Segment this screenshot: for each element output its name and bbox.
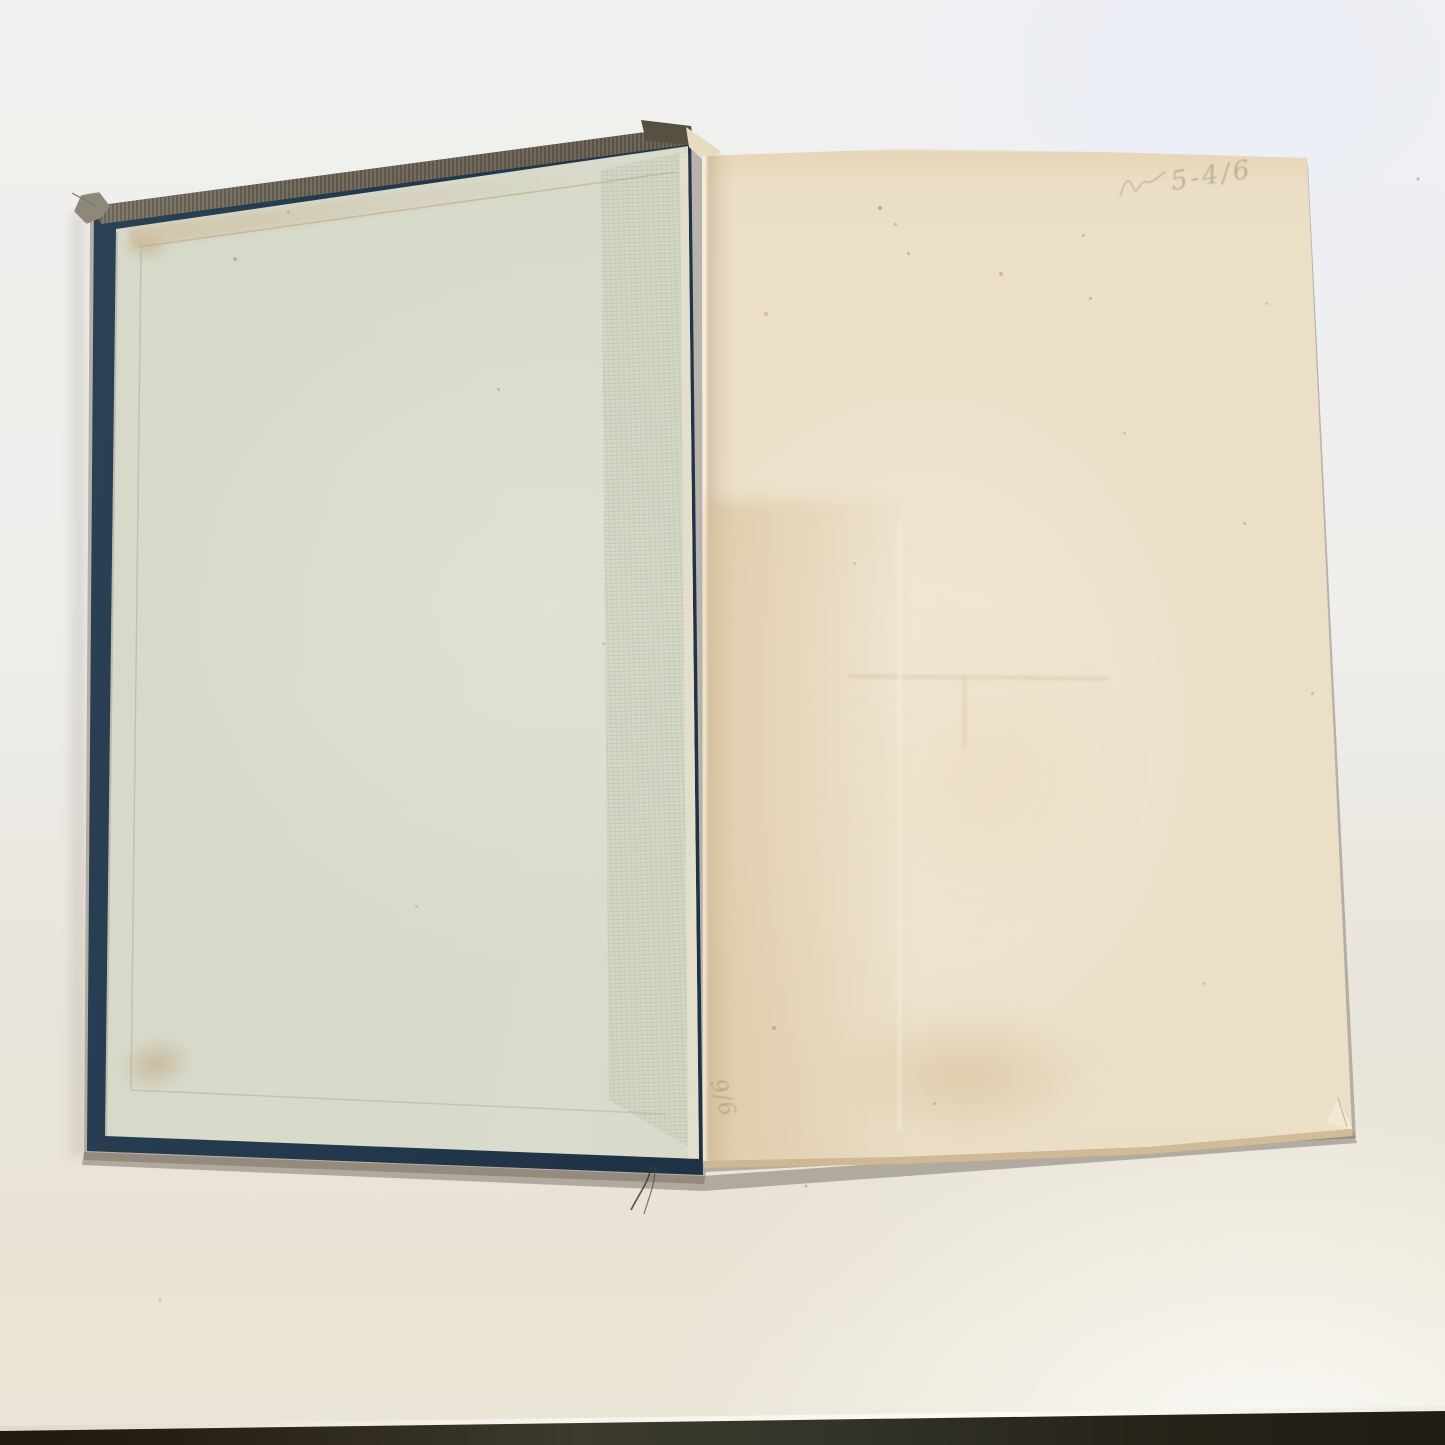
pencil-price-mark-gutter: 9/6 xyxy=(704,1076,749,1150)
pencil-scribble xyxy=(1115,163,1172,205)
foxing-spot xyxy=(415,905,418,908)
endpaper-ribbed-band xyxy=(0,0,1445,1445)
endpaper-hinge-fold xyxy=(0,0,1445,1445)
dogear-crease-line xyxy=(1338,1098,1347,1127)
foxing-spot xyxy=(772,1026,776,1030)
page-faint-crease-horizontal xyxy=(848,675,1108,680)
page-bottom-stain xyxy=(800,990,1130,1160)
page-gutter-shadow xyxy=(703,150,733,1165)
dust-speck xyxy=(159,1299,162,1302)
floor-dark-band xyxy=(0,0,1445,1445)
foxing-spot xyxy=(764,312,768,316)
foxing-spot xyxy=(1265,302,1268,305)
table-edge-highlight xyxy=(0,0,1445,1445)
foxing-spot xyxy=(1089,297,1092,300)
page-corner-crease xyxy=(0,0,1445,1445)
gutter-fold-wedge xyxy=(0,0,1445,1445)
foxing-spot xyxy=(1311,692,1314,695)
foxing-spot xyxy=(933,1102,936,1105)
loose-thread xyxy=(631,1166,651,1210)
pencil-inscription-topright: 5-4/6 xyxy=(1115,138,1332,230)
page-mottled-stain xyxy=(760,560,1190,980)
page-gutter-highlight xyxy=(700,150,707,1163)
endpaper-crease-lines xyxy=(0,0,1445,1445)
foxing-spot xyxy=(497,388,500,391)
book-soft-shadow xyxy=(0,0,1445,1445)
foxing-spot xyxy=(1082,234,1085,237)
foxing-spot xyxy=(894,223,897,226)
foxing-spot xyxy=(287,211,290,214)
foxing-spot xyxy=(999,272,1003,276)
right-blank-page: 5-4/6 9/6 xyxy=(0,0,1445,1445)
loose-thread-2 xyxy=(644,1167,655,1214)
left-cover-board-navy xyxy=(0,0,1445,1445)
text-block-edge xyxy=(0,0,1445,1445)
pastedown-endpaper xyxy=(0,0,1445,1445)
cover-top-edge-cloth xyxy=(0,0,1445,1445)
dust-speck xyxy=(1417,178,1420,181)
dust-speck xyxy=(805,1185,808,1188)
book-contact-shadow xyxy=(0,0,1445,1445)
foxing-spot xyxy=(878,206,882,210)
pencil-price-text: 9/6 xyxy=(704,1076,740,1120)
pencil-inscription-text: 5-4/6 xyxy=(1169,154,1255,196)
page-faint-crease-vertical xyxy=(963,678,966,748)
page-top-tone-band xyxy=(700,150,1360,189)
spine-head-cloth xyxy=(0,0,1445,1445)
foxing-spot xyxy=(1123,432,1126,435)
foxing-spot xyxy=(1243,522,1246,525)
foxing-spot xyxy=(907,252,910,255)
foxing-spot xyxy=(602,642,605,645)
book-flatlay-photograph: 5-4/6 9/6 xyxy=(0,0,1445,1445)
cover-left-shadow xyxy=(66,212,84,1157)
page-sheen-line xyxy=(898,520,901,1130)
foxing-spot xyxy=(853,562,856,565)
endpaper-small-stain xyxy=(116,230,178,266)
foxing-spot xyxy=(1203,982,1206,985)
endpaper-top-stain xyxy=(128,155,671,248)
foxing-spot xyxy=(233,257,237,261)
endpaper-corner-stain xyxy=(98,1019,214,1108)
wear-details xyxy=(0,0,1445,1445)
page-tan-band xyxy=(706,500,921,1165)
